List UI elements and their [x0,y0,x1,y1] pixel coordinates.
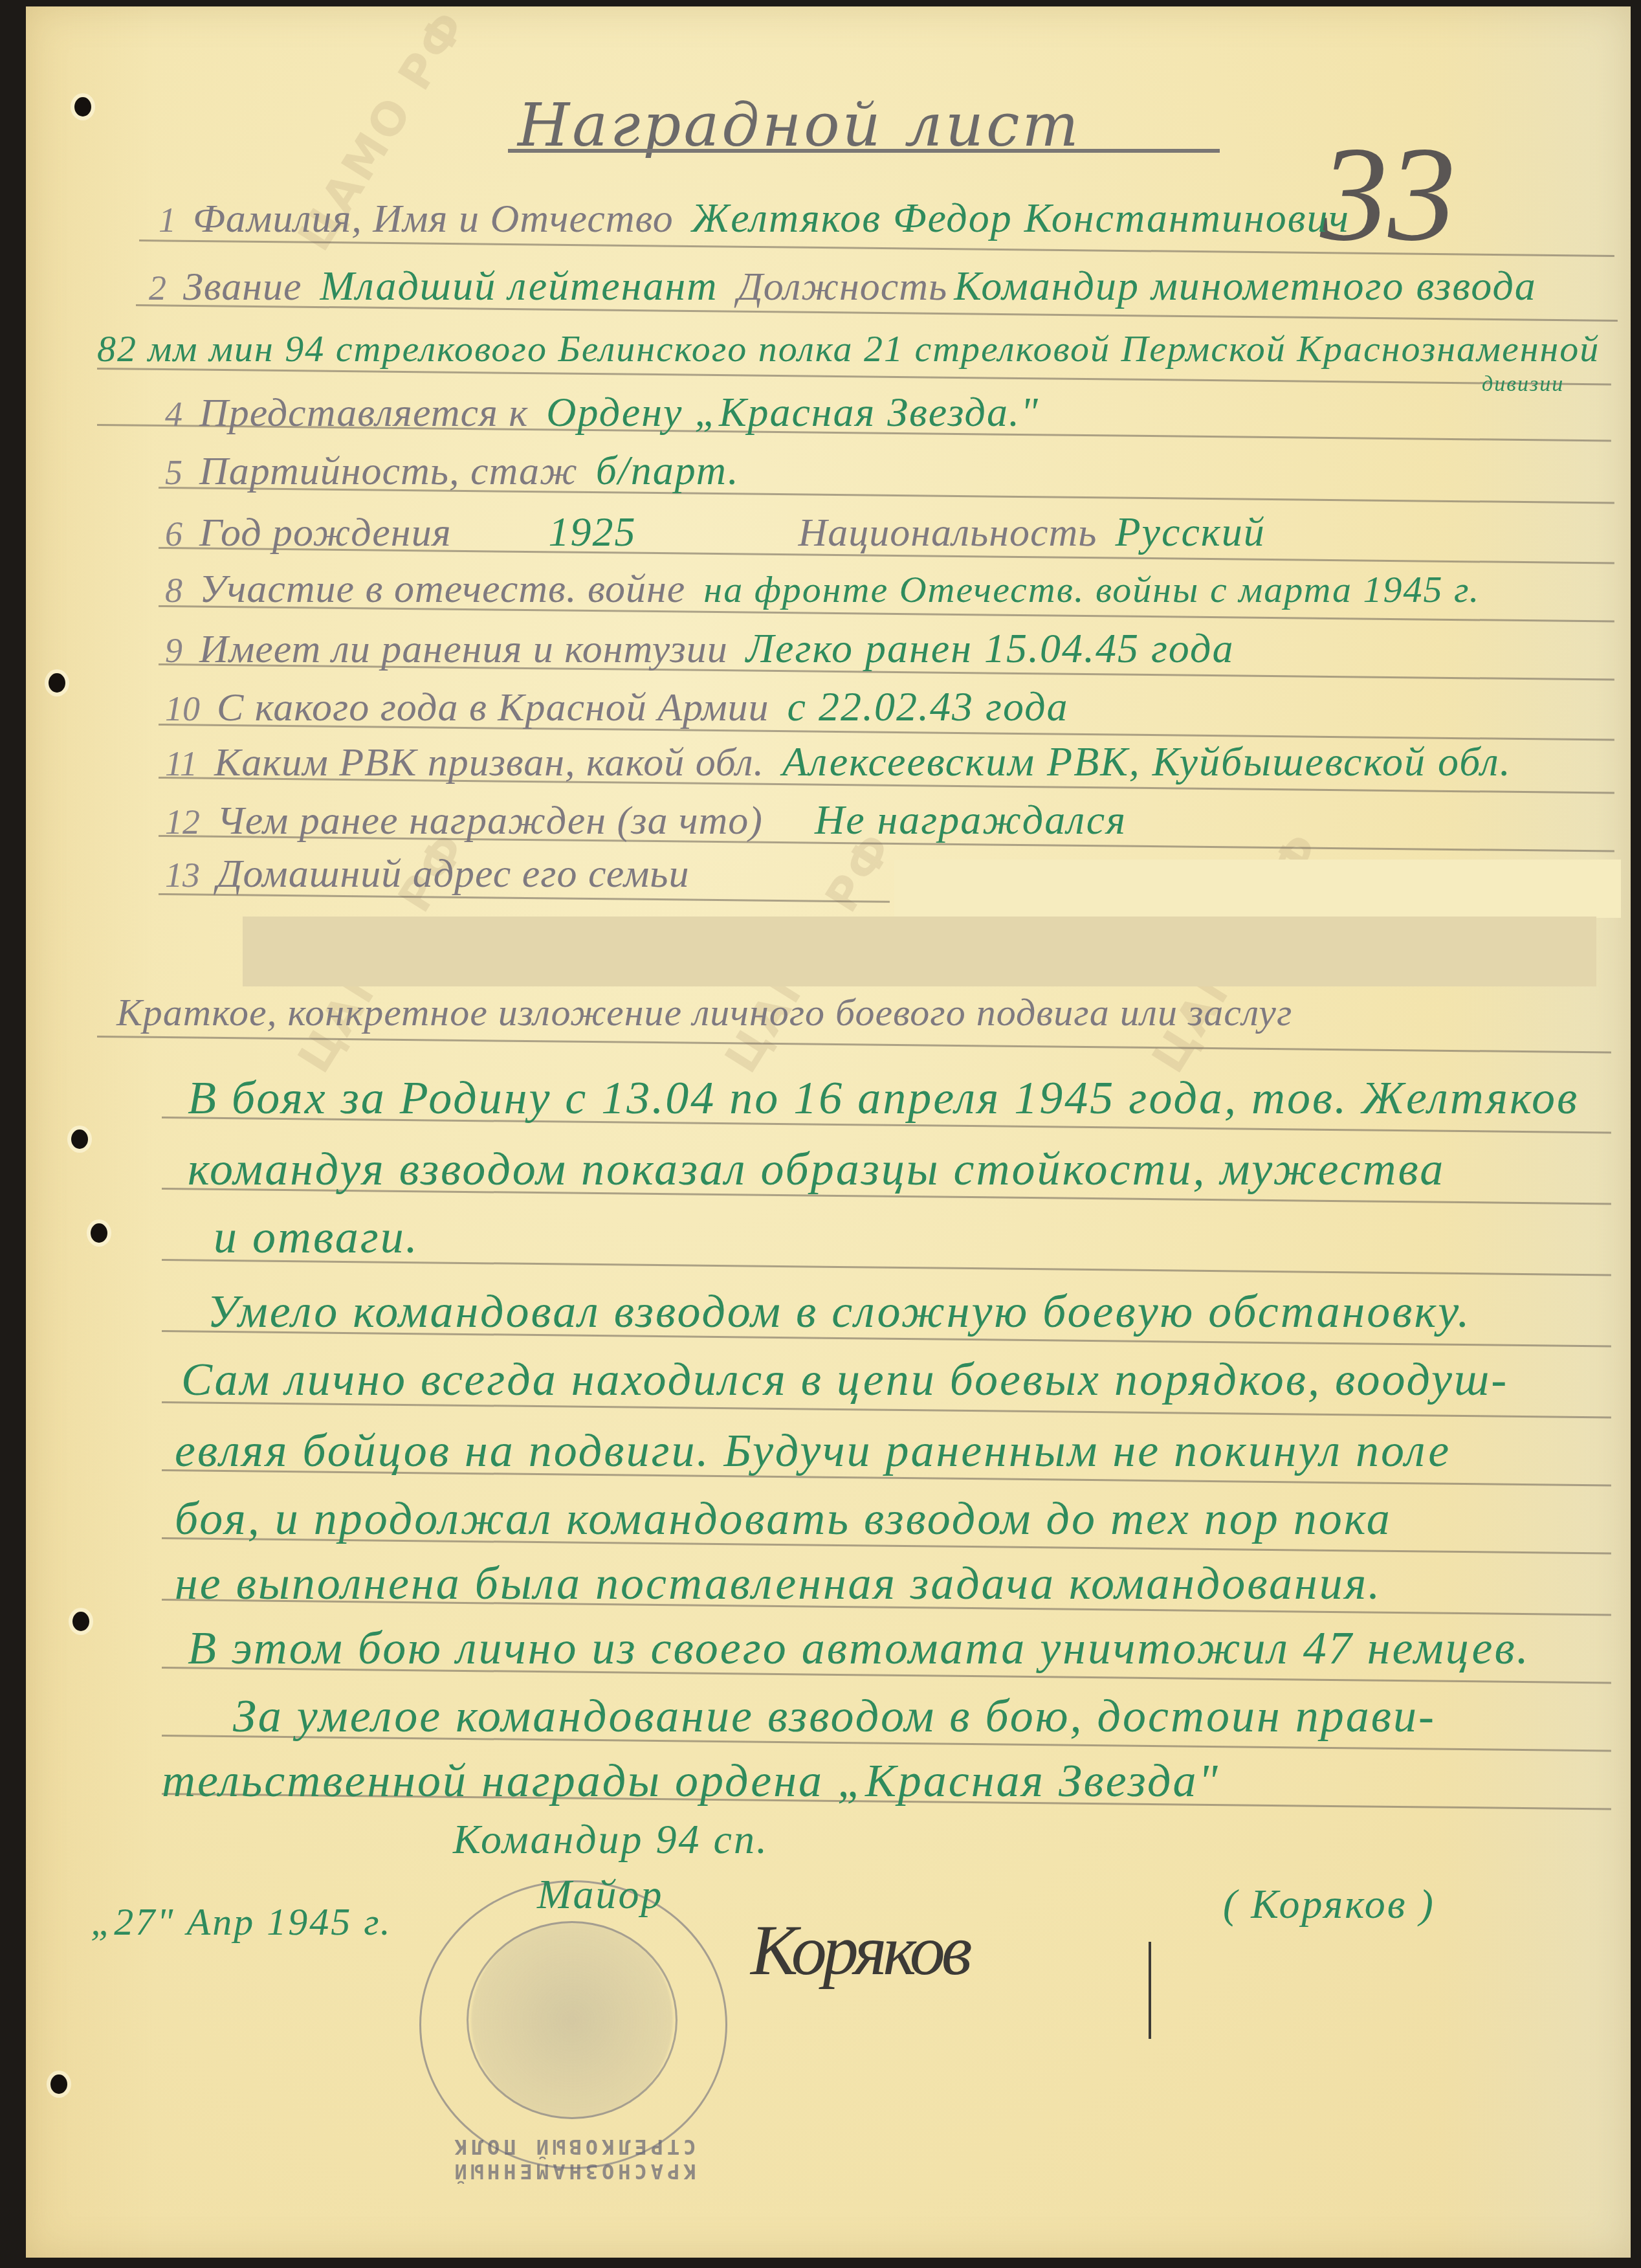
field-label: Год рождения [199,511,451,555]
signer-rank: Майор [537,1871,663,1918]
field-label: Фамилия, Имя и Отчество [193,197,674,241]
field-unit-tail: дивизии [1482,372,1564,397]
field-label: Партийность, стаж [199,449,578,493]
stamp-text: КРАСНОЗНАМЕННЫЙ СТРЕЛКОВЫЙ ПОЛК [431,2135,716,2184]
field-number: 1 [159,201,176,239]
field-value: Ордену „Красная Звезда." [546,389,1039,435]
title-underline [508,149,1220,153]
binder-hole [74,97,91,117]
field-label: Имеет ли ранения и контузии [199,627,728,671]
field-conscription: 11Каким РВК призван, какой обл.Алексеевс… [165,738,1512,786]
field-number: 2 [149,269,166,307]
narrative-line: Умело командовал взводом в сложную боеву… [207,1285,1471,1339]
field-label: Участие в отечеств. войне [199,567,685,611]
field-war-participation: 8Участие в отечеств. войнена фронте Отеч… [165,566,1480,612]
field-wounds: 9Имеет ли ранения и контузииЛегко ранен … [165,625,1234,673]
field-label: Звание [183,265,302,309]
field-army-since: 10С какого года в Красной Армиис 22.02.4… [165,683,1069,731]
field-number: 9 [165,631,182,670]
field-value: дивизии [1482,372,1564,396]
field-birth-year: 6Год рождения1925НациональностьРусский [165,508,1266,556]
field-home-address: 13Домашний адрес его семьи [165,851,689,897]
field-value: Русский [1116,509,1266,555]
field-value: Желтяков Федор Константинович [692,195,1350,241]
narrative-line: и отваги. [214,1210,419,1264]
binder-hole [72,1612,89,1631]
signer-name: ( Коряков ) [1223,1880,1435,1928]
narrative-line: тельственной награды ордена „Красная Зве… [162,1754,1220,1808]
signature-date: „27" Апр 1945 г. [91,1900,392,1944]
field-number: 13 [165,856,200,895]
field-party: 5Партийность, стажб/парт. [165,447,740,495]
field-value: Легко ранен 15.04.45 года [746,625,1235,671]
narrative-line: не выполнена была поставленная задача ко… [175,1557,1382,1610]
field-value: Алексеевским РВК, Куйбышевской обл. [782,739,1512,784]
field-number: 11 [165,744,197,783]
field-rank-position: 2ЗваниеМладший лейтенантДолжностьКоманди… [149,262,1537,310]
narrative-line: евляя бойцов на подвиги. Будучи раненным… [175,1424,1451,1478]
binder-hole [49,673,65,693]
field-value: б/парт. [596,447,740,493]
field-label: С какого года в Красной Армии [217,685,769,729]
narrative-line: Сам лично всегда находился в цепи боевых… [181,1353,1508,1406]
binder-hole [91,1223,107,1243]
redaction-block [894,860,1621,918]
field-label: Каким РВК призван, какой обл. [214,740,764,784]
field-number: 12 [165,803,200,841]
narrative-heading: Краткое, конкретное изложение личного бо… [116,990,1292,1035]
narrative-line: В этом бою лично из своего автомата унич… [188,1621,1530,1675]
field-value: Командир минометного взвода [954,263,1536,309]
field-label: Должность [737,265,947,309]
field-number: 4 [165,395,182,434]
field-label: Домашний адрес его семьи [217,852,689,896]
field-label: Чем ранее награжден (за что) [217,799,763,843]
field-value: Не награждался [815,797,1127,843]
narrative-line: командуя взводом показал образцы стойкос… [188,1142,1445,1196]
field-value: с 22.02.43 года [787,684,1069,729]
signature-stroke [1149,1942,1151,2039]
handwritten-signature: Коряков [751,1909,969,1992]
field-value: 1925 [548,509,636,555]
field-award: 4Представляется кОрдену „Красная Звезда.… [165,388,1039,436]
narrative-line: В боях за Родину с 13.04 по 16 апреля 19… [188,1071,1579,1125]
field-label: Представляется к [199,391,528,435]
stamp-emblem [467,1921,677,2119]
field-number: 6 [165,515,182,553]
field-number: 8 [165,571,182,610]
field-full-name: 1Фамилия, Имя и ОтчествоЖелтяков Федор К… [159,194,1350,242]
narrative-line: боя, и продолжал командовать взводом до … [175,1492,1392,1546]
field-number: 10 [165,689,200,728]
field-value: 82 мм мин 94 стрелкового Белинского полк… [97,328,1600,370]
field-number: 5 [165,453,182,492]
field-value: на фронте Отечеств. войны с марта 1945 г… [703,568,1480,610]
binder-hole [71,1129,88,1149]
binder-hole [50,2074,67,2094]
field-label: Национальность [798,511,1097,555]
signer-position: Командир 94 сп. [453,1816,769,1863]
official-stamp: КРАСНОЗНАМЕННЫЙ СТРЕЛКОВЫЙ ПОЛК [419,1880,727,2169]
field-unit: 82 мм мин 94 стрелкового Белинского полк… [97,327,1600,370]
narrative-line: За умелое командование взводом в бою, до… [233,1689,1436,1743]
redaction-block [243,917,1596,986]
field-value: Младший лейтенант [320,263,718,309]
field-previous-awards: 12Чем ранее награжден (за что)Не награжд… [165,796,1127,844]
